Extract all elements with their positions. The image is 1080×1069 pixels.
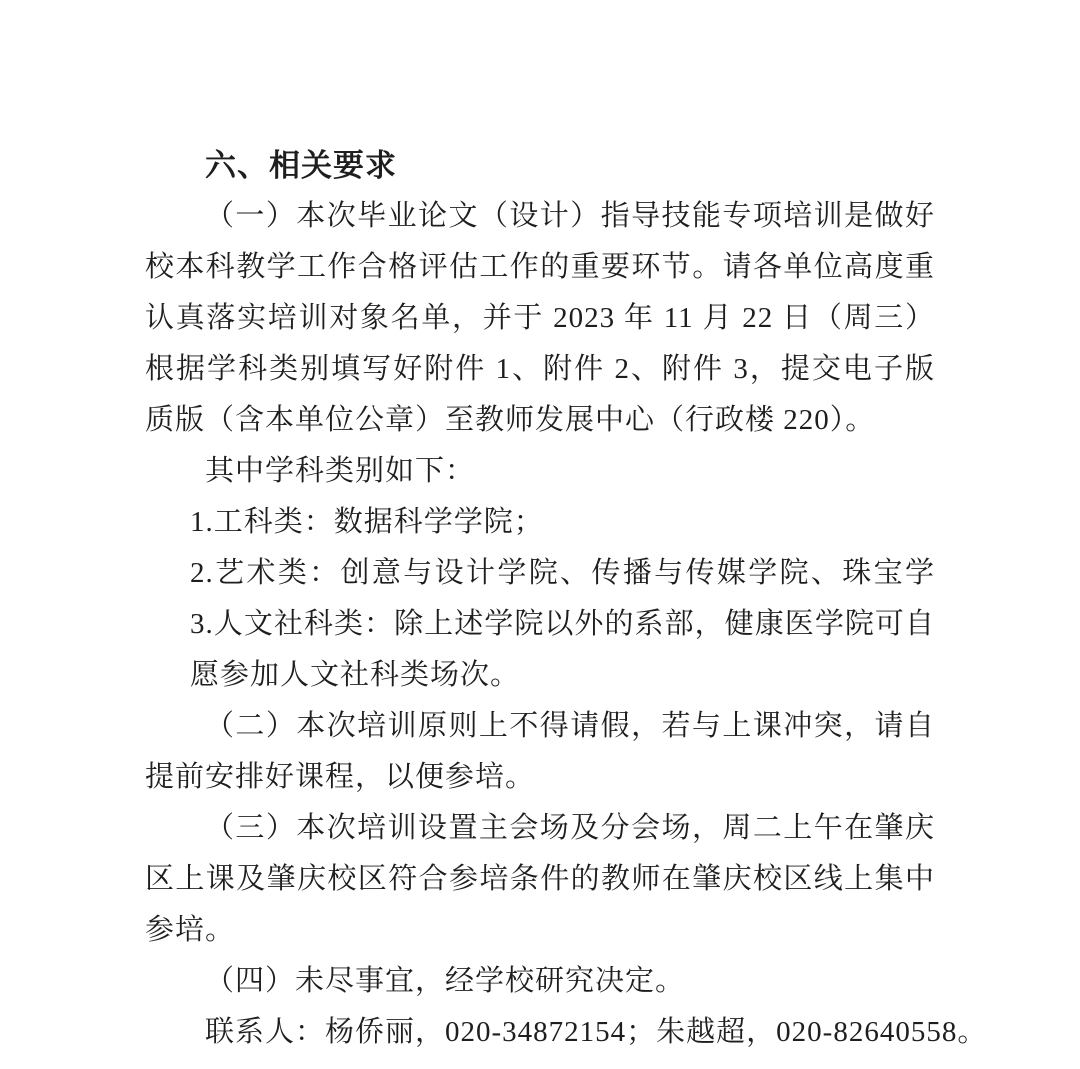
text-line: 质版（含本单位公章）至教师发展中心（行政楼 220）。 <box>145 395 935 446</box>
list-item-line: 1.工科类：数据科学学院； <box>145 497 935 548</box>
list-item-line: 3.人文社科类：除上述学院以外的系部，健康医学院可自 <box>145 599 935 650</box>
list-item-line: 2.艺术类：创意与设计学院、传播与传媒学院、珠宝学院； <box>145 548 935 599</box>
document-page: 六、相关要求 （一）本次毕业论文（设计）指导技能专项培训是做好我 校本科教学工作… <box>0 0 1080 1069</box>
contact-line: 联系人：杨侨丽，020-34872154；朱越超，020-82640558。 <box>145 1007 935 1058</box>
text-line: 认真落实培训对象名单，并于 2023 年 11 月 22 日（周三）前 <box>145 293 935 344</box>
text-line: （一）本次毕业论文（设计）指导技能专项培训是做好我 <box>145 191 935 242</box>
text-line: 根据学科类别填写好附件 1、附件 2、附件 3，提交电子版和纸 <box>145 344 935 395</box>
document-body: 六、相关要求 （一）本次毕业论文（设计）指导技能专项培训是做好我 校本科教学工作… <box>145 140 935 1058</box>
section-heading: 六、相关要求 <box>145 140 935 191</box>
text-line: 其中学科类别如下： <box>145 446 935 497</box>
text-line: （二）本次培训原则上不得请假，若与上课冲突，请自行 <box>145 701 935 752</box>
text-line: 提前安排好课程，以便参培。 <box>145 752 935 803</box>
text-line: 校本科教学工作合格评估工作的重要环节。请各单位高度重视， <box>145 242 935 293</box>
list-item-line: 愿参加人文社科类场次。 <box>145 650 935 701</box>
text-line: （三）本次培训设置主会场及分会场，周二上午在肇庆校 <box>145 803 935 854</box>
text-line: 参培。 <box>145 905 935 956</box>
text-line: （四）未尽事宜，经学校研究决定。 <box>145 956 935 1007</box>
text-line: 区上课及肇庆校区符合参培条件的教师在肇庆校区线上集中 <box>145 854 935 905</box>
